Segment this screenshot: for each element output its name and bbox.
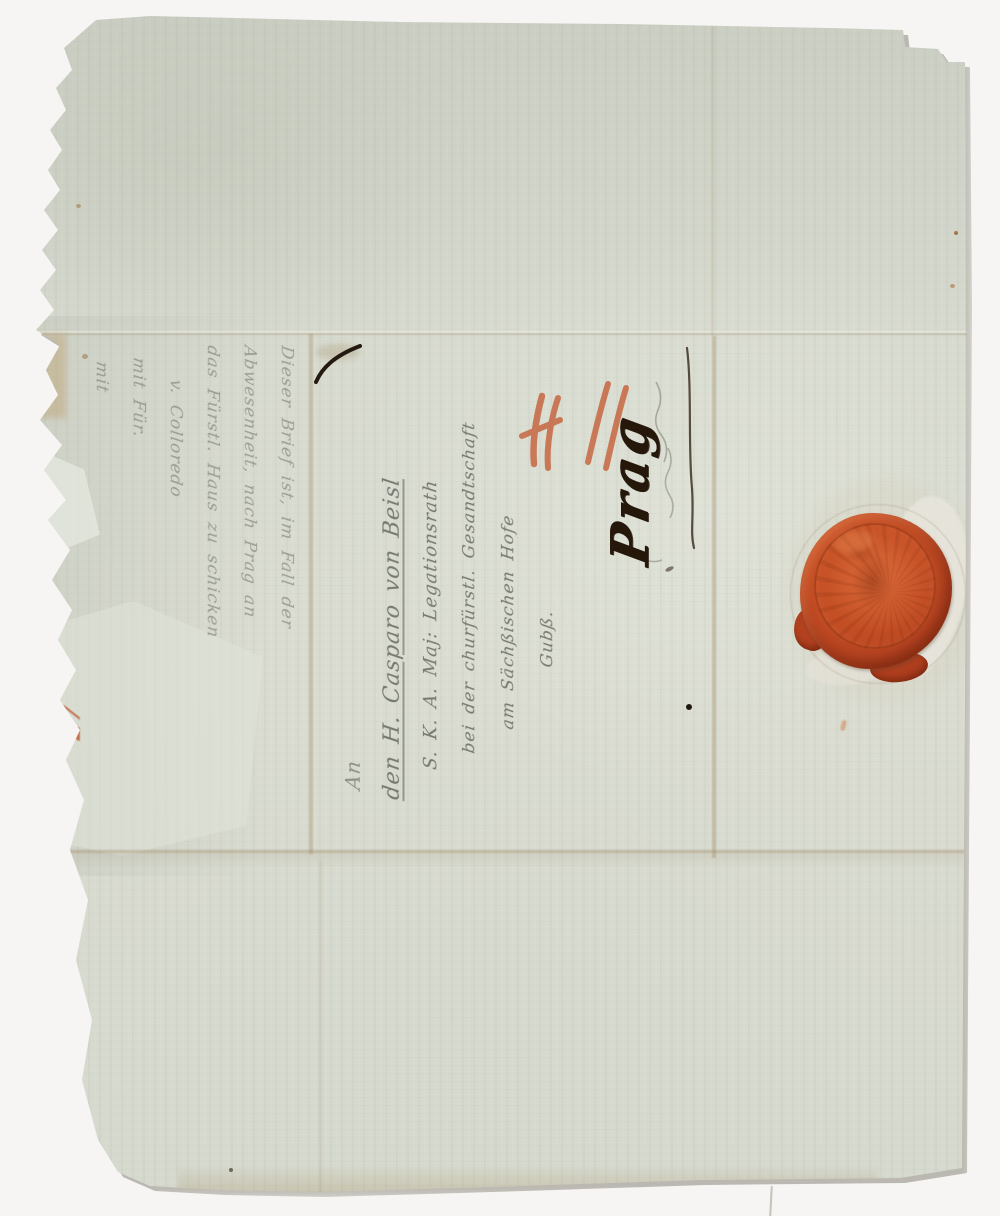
crayon-mark-44-stroke1 [533, 396, 542, 464]
crayon-mark-11-stroke2 [606, 388, 626, 468]
brown-speck-left-edge [76, 204, 81, 208]
fold-crease-vertical-right [712, 336, 716, 858]
paper-fiber [769, 1186, 773, 1216]
address-block: An den H. Casparo von Beisl S. K. A. Maj… [334, 355, 584, 800]
address-line-recipient: den H. Casparo von Beisl [373, 352, 412, 802]
rust-speck [950, 284, 955, 288]
address-line: bei der churfürstl. Gesandtschaft [451, 352, 490, 756]
letter-photo: Dieser Brief ist, im Fall der Abwesenhei… [0, 0, 1000, 1216]
top-fold-panel-tint [28, 16, 968, 336]
faint-scribble-3 [642, 558, 662, 562]
fold-ink-line [687, 348, 694, 548]
fold-crease-vertical-bottom [319, 861, 322, 1191]
prag-postmark: Prag [595, 394, 665, 564]
dark-smudge [665, 565, 675, 572]
brown-speck-left-edge [82, 354, 88, 359]
ink-dot [686, 704, 692, 710]
address-line: am Sächßischen Hofe [490, 352, 529, 732]
address-line: S. K. A. Maj: Legationsrath [412, 352, 451, 772]
crayon-mark-11-stroke1 [588, 384, 608, 462]
faint-scribble-2 [665, 448, 673, 518]
crayon-mark-44-stroke3 [548, 398, 558, 468]
letter-paper-sheet: Dieser Brief ist, im Fall der Abwesenhei… [28, 16, 968, 1194]
crayon-mark-44-stroke2 [522, 420, 560, 436]
rust-speck [954, 231, 958, 235]
address-line: Gubß. [529, 352, 568, 670]
address-line: An [334, 352, 373, 792]
seal-impression [814, 523, 936, 649]
orange-speck [840, 720, 848, 732]
prag-postmark-text: Prag [600, 410, 661, 569]
faint-scribble-1 [656, 382, 667, 462]
dark-speck-bottom [229, 1168, 233, 1172]
